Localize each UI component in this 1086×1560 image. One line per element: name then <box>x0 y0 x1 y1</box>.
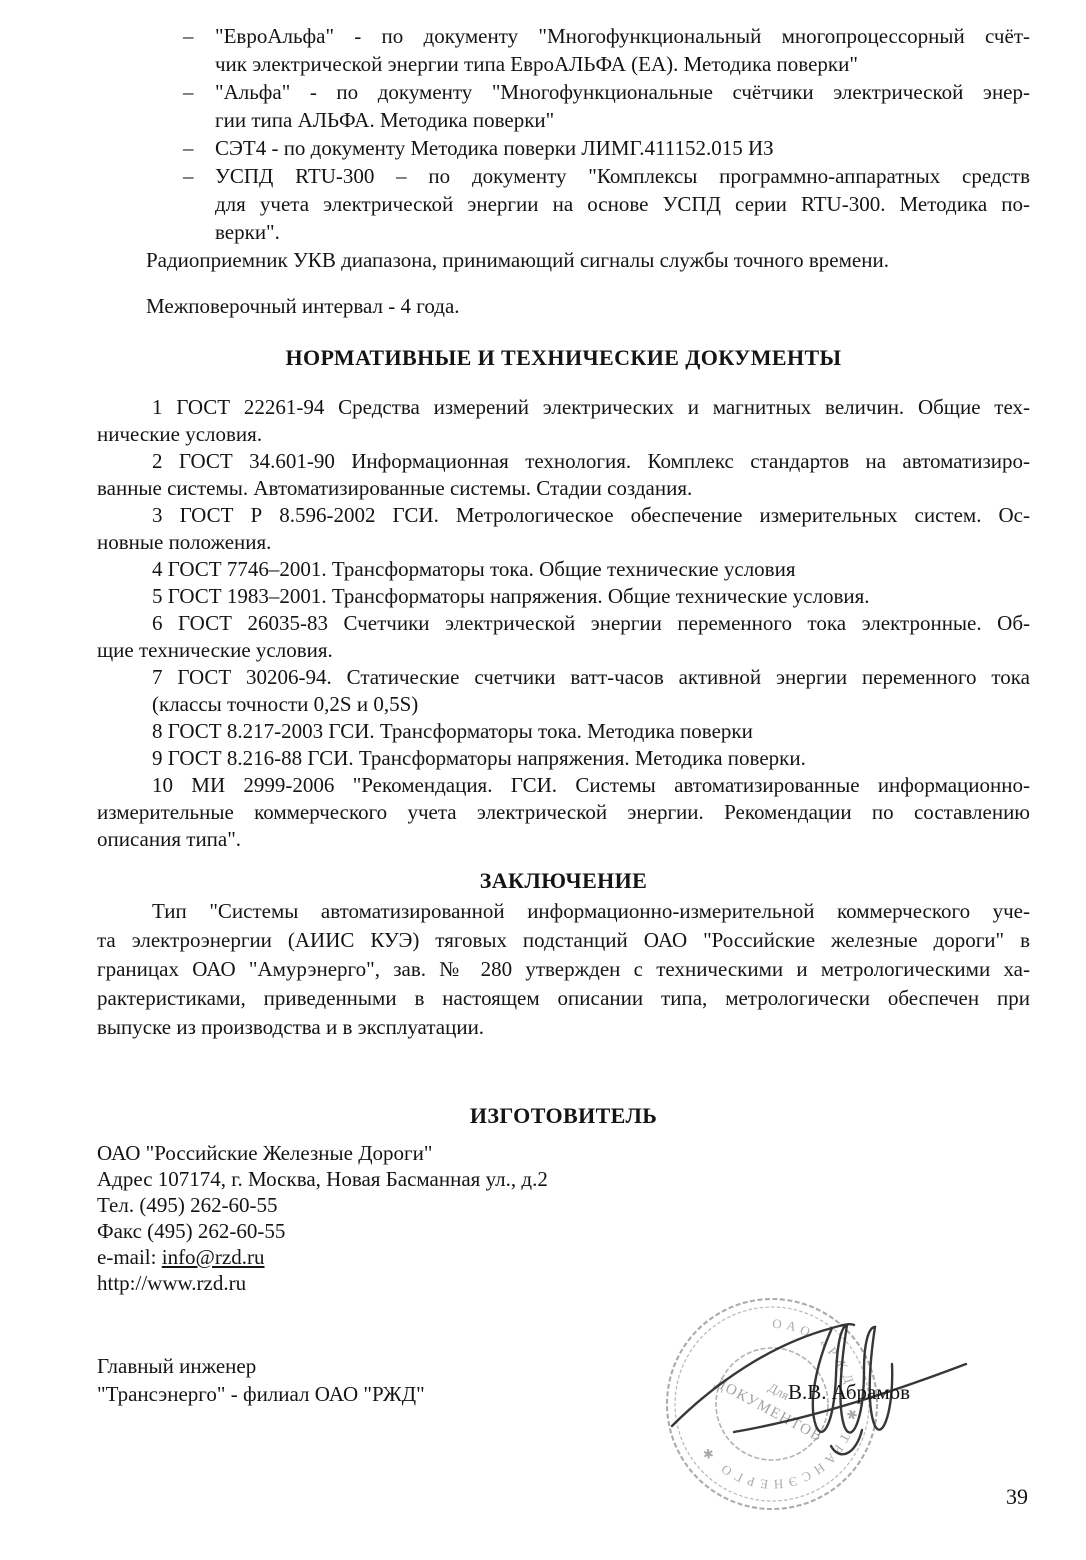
manufacturer-email-line: e-mail: info@rzd.ru <box>97 1244 1030 1270</box>
list-item-text: УСПД RTU-300 – по документу "Комплексы п… <box>215 164 1030 188</box>
manufacturer-company: ОАО "Российские Железные Дороги" <box>97 1140 1030 1166</box>
signer-title-block: Главный инженер "Трансэнерго" - филиал О… <box>97 1352 425 1408</box>
normative-item-line: 6 ГОСТ 26035-83 Счетчики электрической э… <box>97 610 1030 637</box>
normative-item-line: 10 МИ 2999-2006 "Рекомендация. ГСИ. Сист… <box>97 772 1030 799</box>
normative-item-line: измерительные коммерческого учета электр… <box>97 799 1030 826</box>
manufacturer-heading: ИЗГОТОВИТЕЛЬ <box>97 1102 1030 1130</box>
signer-name: В.В. Абрамов <box>788 1378 910 1406</box>
document-page: –"ЕвроАльфа" - по документу "Многофункци… <box>0 0 1086 1560</box>
page-number: 39 <box>1006 1484 1028 1510</box>
verification-interval-line: Межповерочный интервал - 4 года. <box>97 292 1030 320</box>
normative-documents-heading: НОРМАТИВНЫЕ И ТЕХНИЧЕСКИЕ ДОКУМЕНТЫ <box>97 344 1030 372</box>
list-item-line: –"ЕвроАльфа" - по документу "Многофункци… <box>97 22 1030 50</box>
list-item-line: чик электрической энергии типа ЕвроАЛЬФА… <box>97 50 1030 78</box>
conclusion-line: границах ОАО "Амурэнерго", зав. № 280 ут… <box>97 955 1030 984</box>
normative-item-line: 5 ГОСТ 1983–2001. Трансформаторы напряже… <box>97 583 1030 610</box>
conclusion-paragraph: Тип "Системы автоматизированной информац… <box>97 897 1030 1042</box>
normative-item-line: 9 ГОСТ 8.216-88 ГСИ. Трансформаторы напр… <box>97 745 1030 772</box>
list-item-line: –УСПД RTU-300 – по документу "Комплексы … <box>97 162 1030 190</box>
list-item-text: СЭТ4 - по документу Методика поверки ЛИМ… <box>215 136 774 160</box>
text-column: –"ЕвроАльфа" - по документу "Многофункци… <box>97 22 1030 1296</box>
conclusion-line: та электроэнергии (АИИС КУЭ) тяговых под… <box>97 926 1030 955</box>
list-dash-icon: – <box>183 78 194 106</box>
normative-item-line: 8 ГОСТ 8.217-2003 ГСИ. Трансформаторы то… <box>97 718 1030 745</box>
signer-title-line: Главный инженер <box>97 1352 425 1380</box>
normative-item-line: щие технические условия. <box>97 637 1030 664</box>
normative-item-line: 4 ГОСТ 7746–2001. Трансформаторы тока. О… <box>97 556 1030 583</box>
email-address: info@rzd.ru <box>162 1245 265 1269</box>
list-item-line: –СЭТ4 - по документу Методика поверки ЛИ… <box>97 134 1030 162</box>
normative-documents-list: 1 ГОСТ 22261-94 Средства измерений элект… <box>97 394 1030 853</box>
list-dash-icon: – <box>183 22 194 50</box>
list-item-line: верки". <box>97 218 1030 246</box>
normative-item-line: описания типа". <box>97 826 1030 853</box>
manufacturer-block: ОАО "Российские Железные Дороги" Адрес 1… <box>97 1140 1030 1296</box>
conclusion-heading: ЗАКЛЮЧЕНИЕ <box>97 867 1030 895</box>
list-item-line: для учета электрической энергии на основ… <box>97 190 1030 218</box>
list-item-text: "Альфа" - по документу "Многофункциональ… <box>215 80 1030 104</box>
manufacturer-fax: Факс (495) 262-60-55 <box>97 1218 1030 1244</box>
manufacturer-phone: Тел. (495) 262-60-55 <box>97 1192 1030 1218</box>
list-dash-icon: – <box>183 134 194 162</box>
normative-item-line: 7 ГОСТ 30206-94. Статические счетчики ва… <box>97 664 1030 691</box>
signer-title-line: "Трансэнерго" - филиал ОАО "РЖД" <box>97 1380 425 1408</box>
list-item-line: –"Альфа" - по документу "Многофункционал… <box>97 78 1030 106</box>
list-item-text: "ЕвроАльфа" - по документу "Многофункцио… <box>215 24 1030 48</box>
manufacturer-address: Адрес 107174, г. Москва, Новая Басманная… <box>97 1166 1030 1192</box>
normative-item-line: 3 ГОСТ Р 8.596-2002 ГСИ. Метрологическое… <box>97 502 1030 529</box>
normative-item-line: нические условия. <box>97 421 1030 448</box>
list-dash-icon: – <box>183 162 194 190</box>
email-label: e-mail: <box>97 1245 162 1269</box>
normative-item-line: 1 ГОСТ 22261-94 Средства измерений элект… <box>97 394 1030 421</box>
normative-item-line: новные положения. <box>97 529 1030 556</box>
conclusion-line: выпуске из производства и в эксплуатации… <box>97 1013 1030 1042</box>
conclusion-line: рактеристиками, приведенными в настоящем… <box>97 984 1030 1013</box>
normative-item-line: 2 ГОСТ 34.601-90 Информационная технолог… <box>97 448 1030 475</box>
radio-receiver-line: Радиоприемник УКВ диапазона, принимающий… <box>97 246 1030 274</box>
list-item-line: гии типа АЛЬФА. Методика поверки" <box>97 106 1030 134</box>
conclusion-line: Тип "Системы автоматизированной информац… <box>97 897 1030 926</box>
normative-item-line: ванные системы. Автоматизированные систе… <box>97 475 1030 502</box>
normative-item-line: (классы точности 0,2S и 0,5S) <box>97 691 1030 718</box>
